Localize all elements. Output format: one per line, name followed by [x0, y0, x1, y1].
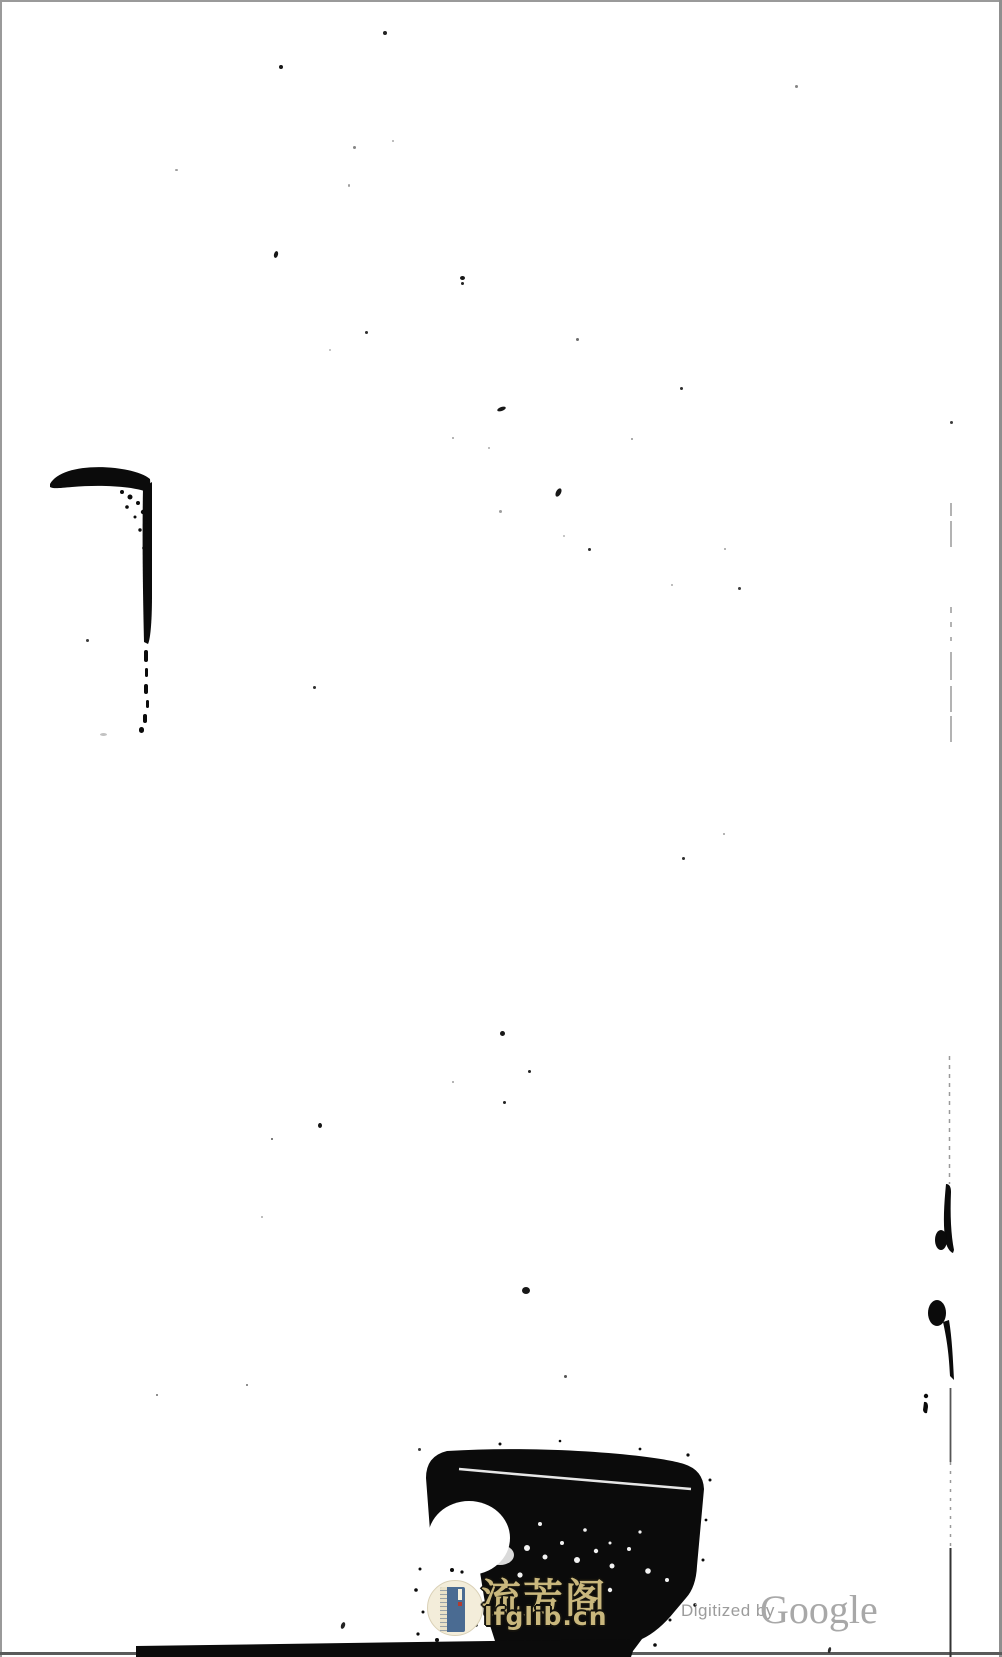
google-logo: Google — [760, 1590, 878, 1630]
ink-speck — [279, 65, 283, 69]
ink-speck — [329, 349, 331, 351]
ink-specks — [86, 31, 953, 1653]
bottom-ink-bar — [136, 1639, 630, 1657]
ink-speck — [528, 1070, 531, 1073]
ink-speck — [383, 31, 387, 35]
ink-speck — [271, 1138, 273, 1140]
lfglib-book-logo-icon — [427, 1580, 483, 1636]
ink-speck — [86, 639, 89, 642]
ink-speck — [500, 1031, 505, 1036]
scan-border — [0, 0, 1002, 1657]
ink-speck — [950, 421, 953, 424]
ink-speck — [340, 1622, 346, 1630]
ink-speck — [461, 282, 464, 285]
ink-speck — [631, 438, 633, 440]
ink-speck — [499, 510, 502, 513]
ink-speck — [503, 1101, 506, 1104]
ink-speck — [175, 169, 178, 171]
ink-speck — [554, 487, 563, 497]
scanned-page: 流芳阁 lfglib.cn Digitized by Google — [0, 0, 1002, 1657]
ink-speck — [564, 1375, 567, 1378]
ink-speck — [488, 447, 490, 449]
ink-speck — [795, 85, 798, 88]
ink-speck — [313, 686, 316, 689]
right-margin-ink-strokes — [923, 1184, 954, 1413]
book-spine-icon — [440, 1587, 447, 1632]
ink-speck — [318, 1123, 322, 1128]
ink-speck — [246, 1384, 248, 1386]
ink-speck — [460, 276, 465, 280]
ink-speck — [497, 406, 507, 413]
ink-speck — [418, 1448, 421, 1451]
watermark-site-url: lfglib.cn — [484, 1602, 608, 1631]
ink-speck — [353, 146, 356, 149]
ink-speck — [723, 833, 725, 835]
ink-speck — [261, 1216, 263, 1218]
ink-speck — [392, 140, 394, 142]
ink-speck — [156, 1394, 158, 1396]
ink-speck — [724, 548, 726, 550]
ink-speck — [671, 584, 673, 586]
ink-speck — [682, 857, 685, 860]
ink-speck — [522, 1287, 530, 1294]
ink-speck — [588, 548, 591, 551]
book-seal-icon — [458, 1602, 462, 1606]
book-icon — [440, 1587, 465, 1632]
ink-speck — [365, 331, 368, 334]
ink-speck — [738, 587, 741, 590]
ink-speck — [348, 184, 350, 187]
right-margin-dashed-line — [950, 503, 953, 1657]
ink-speck — [452, 1081, 454, 1083]
ink-marks-layer — [0, 0, 1002, 1657]
ink-speck — [680, 387, 683, 390]
ink-speck — [273, 251, 279, 259]
ink-speck — [452, 437, 454, 439]
ink-speck — [100, 733, 107, 736]
book-label-icon — [458, 1589, 462, 1600]
ink-speck — [563, 535, 565, 537]
corner-bracket-ink-mark — [50, 467, 152, 733]
ink-speck — [576, 338, 579, 341]
